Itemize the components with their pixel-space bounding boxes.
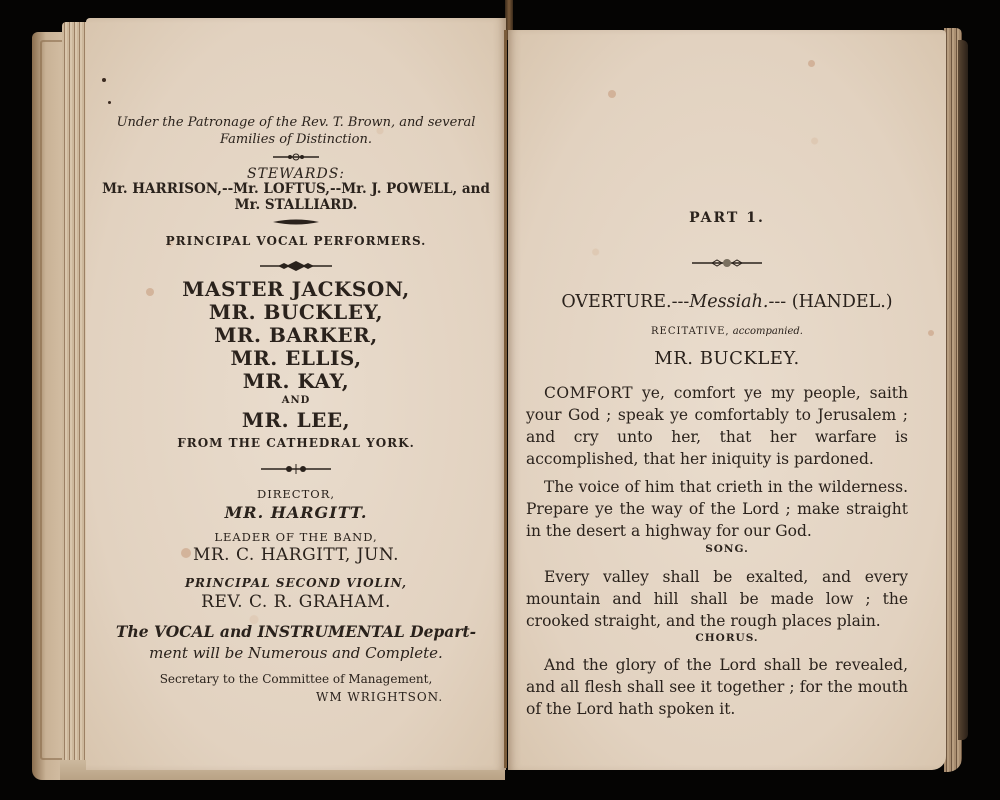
patronage-text: Under the Patronage of the Rev. T. Brown… (86, 114, 506, 148)
ornament-divider (86, 152, 506, 162)
comfort-lead: COMFORT (544, 384, 633, 402)
department-line-1: The VOCAL and INSTRUMENTAL Depart- (86, 622, 506, 641)
performer-name: MR. BARKER, (86, 324, 506, 347)
secretary-label: Secretary to the Committee of Management… (86, 672, 506, 686)
flourish-icon (273, 152, 319, 162)
overture-separator: --- (768, 292, 786, 312)
book-gutter (504, 30, 507, 768)
performer-name: MR. BUCKLEY, (86, 301, 506, 324)
foxing-spot (108, 101, 111, 104)
song-text-block: Every valley shall be exalted, and every… (526, 566, 908, 632)
performer-name: MR. KAY, (86, 370, 506, 393)
ornament-divider (508, 258, 946, 268)
performer-name: MASTER JACKSON, (86, 278, 506, 301)
secretary-name: WM WRIGHTSON. (316, 690, 443, 704)
performer-name: MR. ELLIS, (86, 347, 506, 370)
overture-work: Messiah. (689, 292, 768, 312)
flourish-icon (692, 258, 762, 268)
director-name: MR. HARGITT. (86, 503, 506, 522)
stewards-line-2: Mr. STALLIARD. (86, 197, 506, 213)
flourish-icon (261, 464, 331, 474)
front-cover-board (958, 40, 968, 740)
right-page: PART 1. OVERTURE.---Messiah.--- (HANDEL.… (508, 30, 946, 770)
song-label: SONG. (508, 543, 946, 555)
ornament-divider (86, 218, 506, 226)
left-page: Under the Patronage of the Rev. T. Brown… (86, 18, 506, 770)
overture-heading: OVERTURE.---Messiah.--- (HANDEL.) (508, 292, 946, 312)
part-heading: PART 1. (508, 210, 946, 226)
recitative-label: RECITATIVE, (651, 326, 730, 337)
flourish-icon (273, 218, 319, 226)
and-connector: AND (86, 393, 506, 409)
overture-title: OVERTURE.--- (561, 292, 689, 312)
flourish-icon (260, 260, 332, 272)
recitative-text: COMFORT ye, comfort ye my people, saith … (526, 382, 908, 470)
chorus-label: CHORUS. (508, 632, 946, 644)
cathedral-note: FROM THE CATHEDRAL YORK. (86, 436, 506, 450)
chorus-text: And the glory of the Lord shall be revea… (526, 654, 908, 720)
voice-text: The voice of him that crieth in the wild… (526, 476, 908, 542)
foxing-spot (102, 78, 106, 82)
stewards-heading: STEWARDS: (86, 166, 506, 182)
second-violin-label: PRINCIPAL SECOND VIOLIN, (86, 576, 506, 590)
voice-text-block: The voice of him that crieth in the wild… (526, 476, 908, 542)
performer-name: MR. LEE, (86, 409, 506, 432)
second-violin-name: REV. C. R. GRAHAM. (86, 592, 506, 612)
soloist-name: MR. BUCKLEY. (508, 348, 946, 369)
leader-name: MR. C. HARGITT, JUN. (86, 545, 506, 565)
chorus-text-block: And the glory of the Lord shall be revea… (526, 654, 908, 720)
foxing-spot (808, 60, 815, 67)
recitative-note: accompanied. (733, 326, 803, 337)
stewards-line-1: Mr. HARRISON,--Mr. LOFTUS,--Mr. J. POWEL… (86, 181, 506, 197)
vocal-performers-heading: PRINCIPAL VOCAL PERFORMERS. (86, 234, 506, 248)
performers-list: MASTER JACKSON, MR. BUCKLEY, MR. BARKER,… (86, 278, 506, 432)
recitative-heading: RECITATIVE, accompanied. (508, 326, 946, 337)
song-text: Every valley shall be exalted, and every… (526, 566, 908, 632)
ornament-divider (86, 464, 506, 474)
foxing-spot (608, 90, 616, 98)
director-label: DIRECTOR, (86, 487, 506, 501)
department-line-2: ment will be Numerous and Complete. (86, 644, 506, 662)
overture-composer: (HANDEL.) (792, 292, 893, 312)
ornament-divider (86, 260, 506, 272)
leader-label: LEADER OF THE BAND, (86, 530, 506, 544)
